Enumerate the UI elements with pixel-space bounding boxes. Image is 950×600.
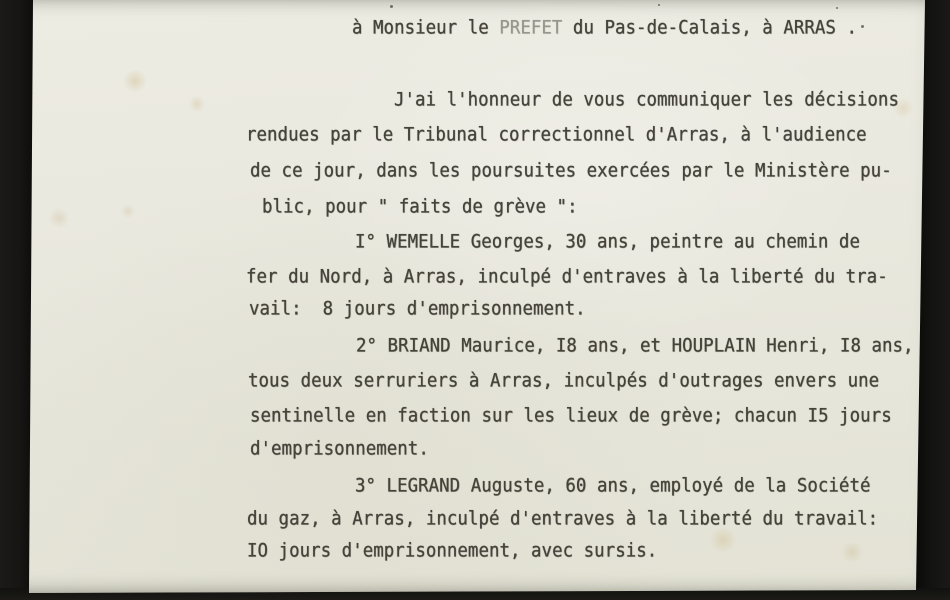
document-line: du gaz, à Arras, inculpé d'entraves à la…	[247, 511, 878, 529]
text-layer: à Monsieur le PREFET du Pas-de-Calais, à…	[0, 0, 950, 600]
document-line: vail: 8 jours d'emprisonnement.	[249, 301, 586, 319]
faded-text-segment: PREFET	[499, 18, 562, 39]
text-segment: à Monsieur le	[352, 18, 499, 39]
document-line: tous deux serruriers à Arras, inculpés d…	[248, 373, 879, 391]
document-line: blic, pour " faits de grève ":	[262, 199, 578, 217]
document-line: d'emprisonnement.	[250, 441, 429, 459]
document-line: à Monsieur le PREFET du Pas-de-Calais, à…	[352, 20, 857, 38]
document-line: rendues par le Tribunal correctionnel d'…	[246, 127, 867, 145]
scan-background: à Monsieur le PREFET du Pas-de-Calais, à…	[0, 0, 950, 600]
document-line: IO jours d'emprisonnement, avec sursis.	[247, 543, 657, 561]
scan-left-margin	[0, 0, 34, 600]
text-segment: du Pas-de-Calais, à ARRAS .	[562, 18, 857, 39]
document-page: à Monsieur le PREFET du Pas-de-Calais, à…	[0, 0, 950, 600]
document-line: 3° LEGRAND Auguste, 60 ans, employé de l…	[355, 478, 870, 496]
document-line: 2° BRIAND Maurice, I8 ans, et HOUPLAIN H…	[356, 338, 914, 356]
document-line: I° WEMELLE Georges, 30 ans, peintre au c…	[355, 234, 860, 252]
document-line: J'ai l'honneur de vous communiquer les d…	[394, 92, 899, 110]
document-line: fer du Nord, à Arras, inculpé d'entraves…	[246, 269, 888, 287]
document-line: sentinelle en faction sur les lieux de g…	[250, 408, 892, 426]
document-line: de ce jour, dans les poursuites exercées…	[250, 163, 892, 181]
